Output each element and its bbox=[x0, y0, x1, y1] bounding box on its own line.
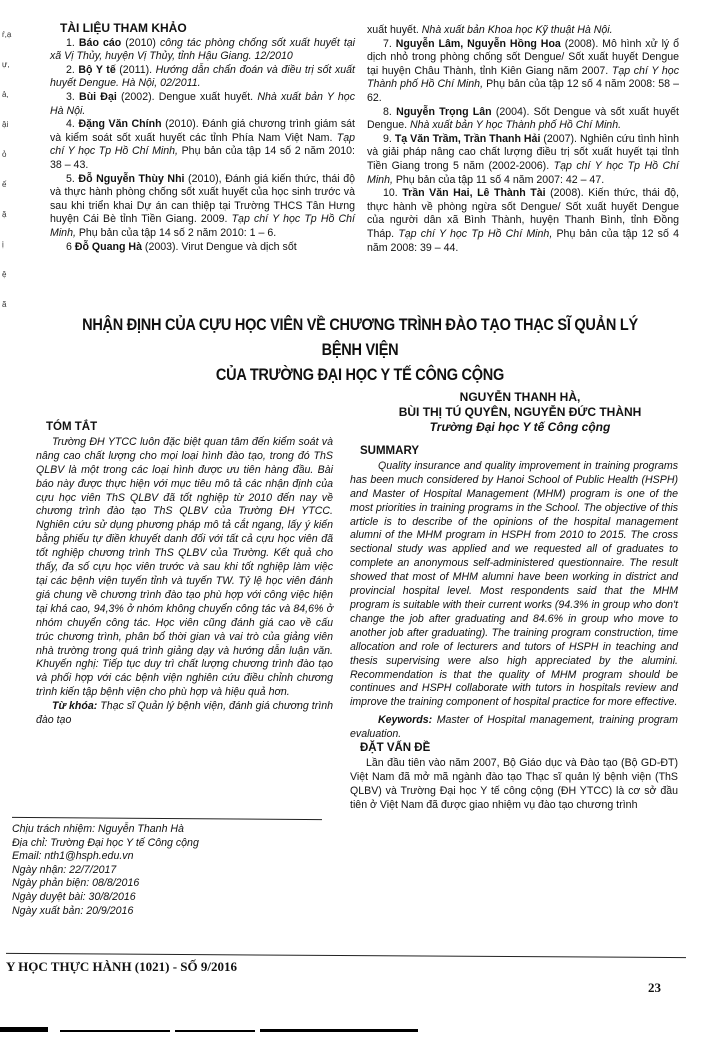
article-title: NHẬN ĐỊNH CỦA CỰU HỌC VIÊN VỀ CHƯƠNG TRÌ… bbox=[70, 313, 651, 388]
responsible-author: Chịu trách nhiệm: Nguyễn Thanh Hà bbox=[12, 823, 312, 837]
address: Địa chỉ: Trường Đại học Y tế Công cộng bbox=[12, 837, 312, 851]
scan-edge-artifact bbox=[175, 1030, 255, 1032]
reference-item: 9. Tạ Văn Trầm, Trần Thanh Hải (2007). N… bbox=[367, 133, 679, 187]
scan-edge-artifact bbox=[260, 1029, 418, 1032]
reference-item: 6 Đỗ Quang Hà (2003). Virut Dengue và dị… bbox=[50, 241, 355, 255]
author-line-2: BÙI THỊ TÚ QUYÊN, NGUYỄN ĐỨC THÀNH bbox=[370, 405, 670, 420]
correspondence-info: Chịu trách nhiệm: Nguyễn Thanh Hà Địa ch… bbox=[12, 823, 312, 918]
summary-text: Quality insurance and quality improvemen… bbox=[350, 460, 678, 710]
scan-edge-artifact bbox=[60, 1030, 170, 1032]
reference-item: 1. Báo cáo (2010) công tác phòng chống s… bbox=[50, 37, 355, 64]
artifact: ỏ bbox=[2, 140, 20, 170]
references-left-column: TÀI LIỆU THAM KHẢO 1. Báo cáo (2010) côn… bbox=[50, 22, 355, 254]
reference-continuation: xuất huyết. Nhà xuất bản Khoa học Kỹ thu… bbox=[367, 24, 679, 38]
reference-item: 2. Bộ Y tế (2011). Hướng dẫn chẩn đoán v… bbox=[50, 64, 355, 91]
reference-item: 3. Bùi Đại (2002). Dengue xuất huyết. Nh… bbox=[50, 91, 355, 118]
date-published: Ngày xuất bản: 20/9/2016 bbox=[12, 905, 312, 919]
author-block: NGUYỄN THANH HÀ, BÙI THỊ TÚ QUYÊN, NGUYỄ… bbox=[370, 390, 670, 435]
affiliation: Trường Đại học Y tế Công cộng bbox=[370, 420, 670, 435]
artifact: ế bbox=[2, 170, 20, 200]
reference-item: 8. Nguyễn Trọng Lân (2004). Sốt Dengue v… bbox=[367, 106, 679, 133]
references-heading: TÀI LIỆU THAM KHẢO bbox=[60, 22, 355, 36]
keywords: Từ khóa: Thạc sĩ Quản lý bệnh viện, đánh… bbox=[36, 700, 333, 728]
reference-item: 5. Đỗ Nguyễn Thùy Nhi (2010), Đánh giá k… bbox=[50, 173, 355, 241]
abstract-text: Trường ĐH YTCC luôn đặc biệt quan tâm đế… bbox=[36, 436, 333, 700]
artifact: ậi bbox=[2, 110, 20, 140]
artifact: ả, bbox=[2, 80, 20, 110]
keywords-english: Keywords: Master of Hospital management,… bbox=[350, 714, 678, 742]
reference-item: 10. Trần Văn Hai, Lê Thành Tài (2008). K… bbox=[367, 187, 679, 255]
date-received: Ngày nhận: 22/7/2017 bbox=[12, 864, 312, 878]
abstract-vietnamese: TÓM TẮT Trường ĐH YTCC luôn đặc biệt qua… bbox=[36, 421, 333, 728]
intro-heading: ĐẶT VẤN ĐỀ bbox=[360, 742, 678, 756]
footnote-divider bbox=[12, 817, 322, 820]
journal-page: ŕ,ạ ự, ả, ậi ỏ ế ặ ị ệ ã TÀI LIỆU THAM K… bbox=[0, 0, 720, 1043]
artifact: ệ bbox=[2, 260, 20, 290]
abstract-heading: TÓM TẮT bbox=[46, 421, 333, 435]
abstract-english: SUMMARY Quality insurance and quality im… bbox=[350, 445, 678, 813]
artifact: ã bbox=[2, 290, 20, 320]
journal-footer: Y HỌC THỰC HÀNH (1021) - SỐ 9/2016 bbox=[6, 959, 237, 975]
artifact: ự, bbox=[2, 50, 20, 80]
email: Email: nth1@hsph.edu.vn bbox=[12, 850, 312, 864]
scan-margin-artifacts: ŕ,ạ ự, ả, ậi ỏ ế ặ ị ệ ã bbox=[2, 20, 20, 360]
reference-item: 7. Nguyễn Lâm, Nguyễn Hồng Hoa (2008). M… bbox=[367, 38, 679, 106]
date-reviewed: Ngày phản biện: 08/8/2016 bbox=[12, 877, 312, 891]
title-line-1: NHẬN ĐỊNH CỦA CỰU HỌC VIÊN VỀ CHƯƠNG TRÌ… bbox=[70, 313, 651, 363]
scan-edge-artifact bbox=[0, 1027, 48, 1032]
author-line-1: NGUYỄN THANH HÀ, bbox=[370, 390, 670, 405]
intro-text: Lần đầu tiên vào năm 2007, Bộ Giáo dục v… bbox=[350, 757, 678, 813]
references-right-column: xuất huyết. Nhà xuất bản Khoa học Kỹ thu… bbox=[367, 24, 679, 255]
reference-item: 4. Đặng Văn Chính (2010). Đánh giá chươn… bbox=[50, 118, 355, 172]
title-line-2: CỦA TRƯỜNG ĐẠI HỌC Y TẾ CÔNG CỘNG bbox=[70, 363, 651, 388]
artifact: ị bbox=[2, 230, 20, 260]
artifact: ŕ,ạ bbox=[2, 20, 20, 50]
artifact: ặ bbox=[2, 200, 20, 230]
summary-heading: SUMMARY bbox=[360, 445, 678, 459]
page-number: 23 bbox=[648, 980, 661, 996]
footer-divider bbox=[6, 953, 686, 958]
date-accepted: Ngày duyệt bài: 30/8/2016 bbox=[12, 891, 312, 905]
